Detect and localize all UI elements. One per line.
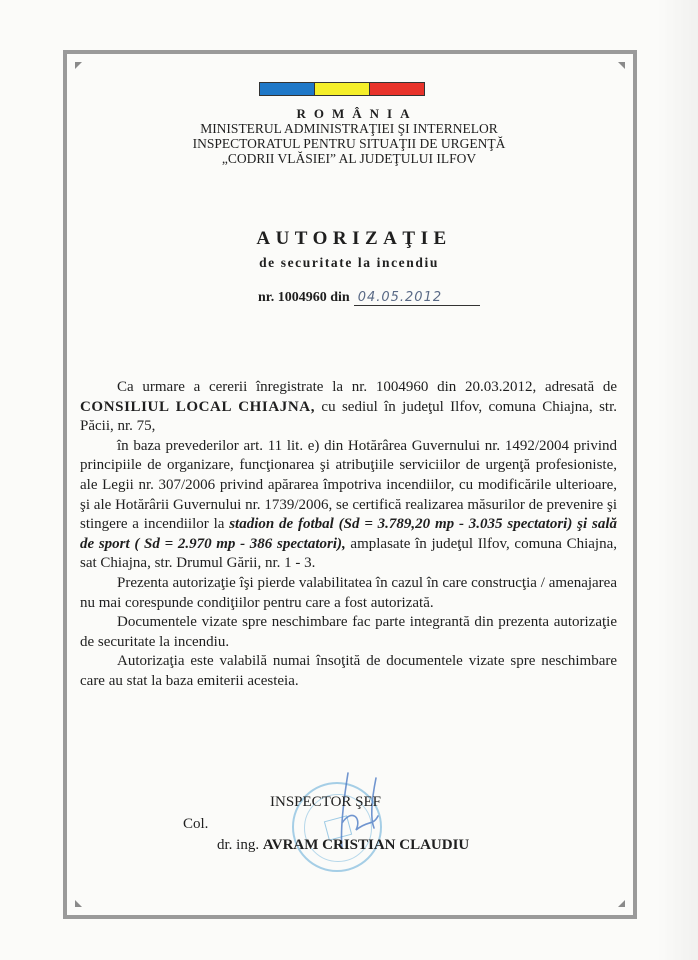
signatory-full-name: AVRAM CRISTIAN CLAUDIU xyxy=(263,837,469,853)
flag-stripe-red xyxy=(370,83,424,95)
document-title: AUTORIZAŢIE xyxy=(0,228,698,250)
signatory-rank: Col. xyxy=(183,816,208,833)
signatory-name: dr. ing. AVRAM CRISTIAN CLAUDIU xyxy=(217,837,469,854)
corner-ornament xyxy=(75,900,82,907)
country-heading: ROMÂNIA xyxy=(0,106,698,122)
document-subtitle: de securitate la incendiu xyxy=(0,255,698,271)
inspectorate-line: INSPECTORATUL PENTRU SITUAŢII DE URGENŢĂ xyxy=(0,136,698,151)
flag-stripe-blue xyxy=(260,83,314,95)
paragraph-text: Ca urmare a cererii înregistrate la nr. … xyxy=(117,379,617,395)
corner-ornament xyxy=(75,62,82,69)
paragraph-documents: Documentele vizate spre neschimbare fac … xyxy=(80,613,617,652)
paragraph-legal-basis: în baza prevederilor art. 11 lit. e) din… xyxy=(80,437,617,574)
romanian-flag-icon xyxy=(259,82,425,96)
paragraph-validity-loss: Prezenta autorizaţie îşi pierde valabili… xyxy=(80,574,617,613)
corner-ornament xyxy=(618,900,625,907)
applicant-name: CONSILIUL LOCAL CHIAJNA, xyxy=(80,399,315,415)
corner-dot xyxy=(633,915,637,919)
paragraph-validity: Autorizaţia este valabilă numai însoţită… xyxy=(80,652,617,691)
signatory-title: INSPECTOR ŞEF xyxy=(270,794,381,811)
corner-dot xyxy=(63,50,67,54)
county-line: „CODRII VLĂSIEI” AL JUDEŢULUI ILFOV xyxy=(0,151,698,166)
paragraph-request: Ca urmare a cererii înregistrate la nr. … xyxy=(80,378,617,437)
ministry-line: MINISTERUL ADMINISTRAŢIEI ŞI INTERNELOR xyxy=(0,121,698,136)
flag-stripe-yellow xyxy=(314,83,370,95)
handwritten-date: 04.05.2012 xyxy=(354,290,480,306)
number-label: nr. 1004960 din xyxy=(258,290,350,305)
corner-dot xyxy=(63,915,67,919)
document-body: Ca urmare a cererii înregistrate la nr. … xyxy=(80,378,617,692)
signatory-prefix: dr. ing. xyxy=(217,837,263,853)
corner-dot xyxy=(633,50,637,54)
authorization-number: nr. 1004960 din04.05.2012 xyxy=(258,290,480,306)
corner-ornament xyxy=(618,62,625,69)
